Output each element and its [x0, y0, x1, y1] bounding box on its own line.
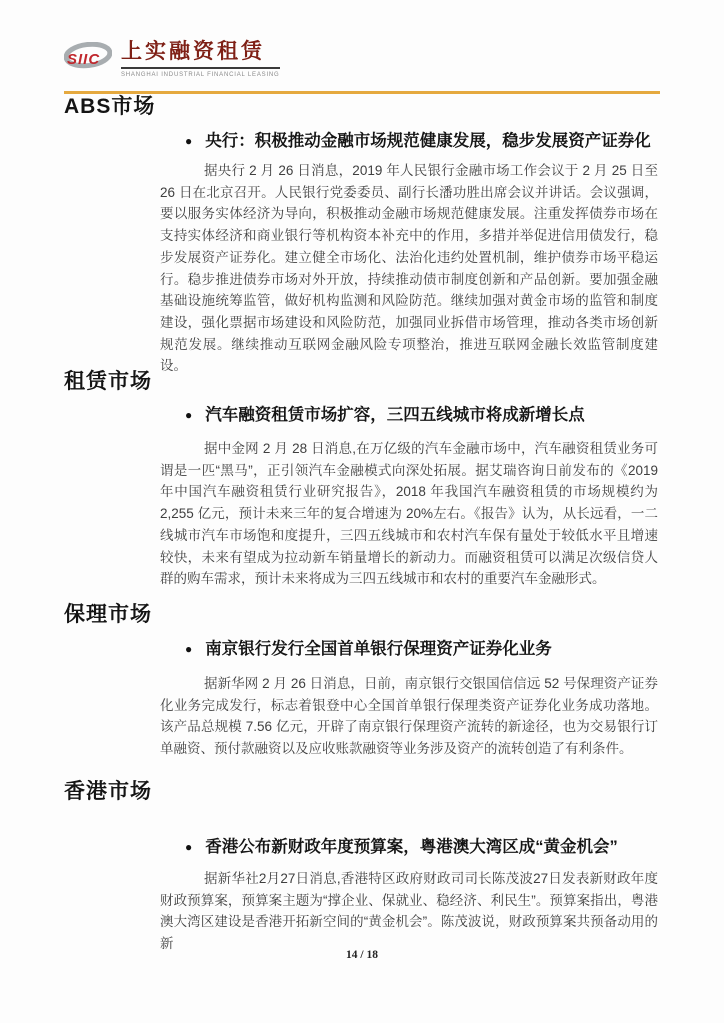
company-name-cn: 上实融资租赁	[121, 40, 280, 69]
section-heading-leasing: 租赁市场	[64, 370, 152, 393]
company-name-en: SHANGHAI INDUSTRIAL FINANCIAL LEASING	[121, 72, 280, 78]
news-headline-row: ● 香港公布新财政年度预算案，粤港澳大湾区成“黄金机会”	[185, 835, 665, 859]
section-heading-abs: ABS市场	[64, 95, 155, 118]
bullet-icon: ●	[185, 835, 192, 859]
news-body-text: 据新华社2月27日消息,香港特区政府财政司司长陈茂波27日发表新财政年度财政预算…	[160, 868, 658, 955]
bullet-icon: ●	[185, 637, 192, 661]
header-divider	[64, 91, 660, 94]
news-body-text: 据新华网 2 月 26 日消息，日前，南京银行交银国信信远 52 号保理资产证券…	[160, 673, 658, 760]
logo-text-block: 上实融资租赁 SHANGHAI INDUSTRIAL FINANCIAL LEA…	[121, 40, 280, 78]
news-headline-text: 央行：积极推动金融市场规范健康发展，稳步发展资产证券化	[205, 129, 651, 153]
siic-swoosh-icon: SIIC	[64, 40, 112, 74]
section-heading-hongkong: 香港市场	[64, 780, 152, 803]
page-number: 14 / 18	[0, 949, 724, 961]
news-headline-row: ● 汽车融资租赁市场扩容，三四五线城市将成新增长点	[185, 403, 665, 427]
news-body-text: 据中金网 2 月 28 日消息,在万亿级的汽车金融市场中，汽车融资租赁业务可谓是…	[160, 438, 658, 590]
news-headline-text: 香港公布新财政年度预算案，粤港澳大湾区成“黄金机会”	[205, 835, 618, 859]
news-headline-text: 汽车融资租赁市场扩容，三四五线城市将成新增长点	[205, 403, 585, 427]
bullet-icon: ●	[185, 403, 192, 427]
siic-logo-text: SIIC	[67, 51, 100, 68]
company-logo: SIIC 上实融资租赁 SHANGHAI INDUSTRIAL FINANCIA…	[64, 40, 280, 78]
news-headline-text: 南京银行发行全国首单银行保理资产证券化业务	[205, 637, 552, 661]
news-headline-row: ● 南京银行发行全国首单银行保理资产证券化业务	[185, 637, 665, 661]
section-heading-factoring: 保理市场	[64, 603, 152, 626]
document-page: SIIC 上实融资租赁 SHANGHAI INDUSTRIAL FINANCIA…	[0, 0, 724, 1023]
news-body-text: 据央行 2 月 26 日消息，2019 年人民银行金融市场工作会议于 2 月 2…	[160, 160, 658, 377]
bullet-icon: ●	[185, 129, 192, 153]
news-headline-row: ● 央行：积极推动金融市场规范健康发展，稳步发展资产证券化	[185, 129, 665, 153]
